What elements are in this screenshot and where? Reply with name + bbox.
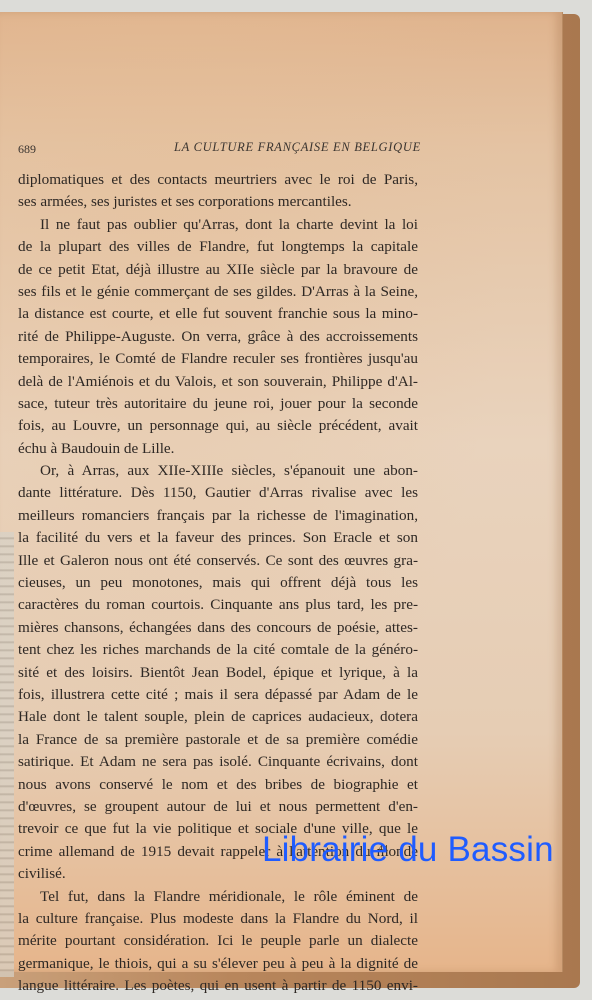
text-line: meilleurs romanciers français par la ric…	[18, 505, 418, 527]
text-line: delà de l'Amiénois et du Valois, et son …	[18, 371, 418, 393]
text-line: Ille et Galeron nous ont été conservés. …	[18, 550, 418, 572]
text-line: dante littérature. Dès 1150, Gautier d'A…	[18, 482, 418, 504]
text-line: mérite pourtant considération. Ici le pe…	[18, 930, 418, 952]
text-line: caractères du roman courtois. Cinquante …	[18, 594, 418, 616]
text-line: germanique, le thiois, qui a su s'élever…	[18, 953, 418, 975]
facing-page-edge	[0, 532, 14, 977]
text-line: de la plupart des villes de Flandre, fut…	[18, 236, 418, 258]
text-line: cieuses, un peu monotones, mais qui offr…	[18, 572, 418, 594]
text-line: diplomatiques et des contacts meurtriers…	[18, 169, 418, 191]
text-line: de ce petit Etat, déjà illustre au XIIe …	[18, 259, 418, 281]
text-line: rité de Philippe-Auguste. On verra, grâc…	[18, 326, 418, 348]
text-line: la facilité du vers et la faveur des pri…	[18, 527, 418, 549]
paragraph-2: Il ne faut pas oublier qu'Arras, dont la…	[18, 214, 418, 460]
text-line: fois, au Louvre, un personnage qui, au s…	[18, 415, 418, 437]
text-line: la France de sa première pastorale et de…	[18, 729, 418, 751]
body-text: diplomatiques et des contacts meurtriers…	[18, 169, 418, 997]
text-line: ses fils et le génie commerçant de ses g…	[18, 281, 418, 303]
text-line: Tel fut, dans la Flandre méridionale, le…	[18, 886, 418, 908]
text-line: ses armées, ses juristes et ses corporat…	[18, 191, 418, 213]
text-line: langue littéraire. Les poètes, qui en us…	[18, 975, 418, 997]
text-line: la culture française. Plus modeste dans …	[18, 908, 418, 930]
paragraph-1: diplomatiques et des contacts meurtriers…	[18, 169, 418, 214]
watermark: Librairie du Bassin	[262, 830, 554, 870]
text-line: satirique. Et Adam ne sera pas isolé. Ci…	[18, 751, 418, 773]
text-line: Il ne faut pas oublier qu'Arras, dont la…	[18, 214, 418, 236]
text-line: temporaires, le Comté de Flandre reculer…	[18, 348, 418, 370]
text-line: sace, tuteur très autoritaire du jeune r…	[18, 393, 418, 415]
text-line: Or, à Arras, aux XIIe-XIIIe siècles, s'é…	[18, 460, 418, 482]
text-line: fois, illustrera cette cité ; mais il se…	[18, 684, 418, 706]
book-page: 689 LA CULTURE FRANÇAISE EN BELGIQUE dip…	[0, 12, 563, 972]
text-line: mières chansons, échangées dans des conc…	[18, 617, 418, 639]
running-head: LA CULTURE FRANÇAISE EN BELGIQUE	[174, 140, 421, 155]
text-line: d'œuvres, se groupent autour de lui et n…	[18, 796, 418, 818]
text-line: Hale dont le talent souple, plein de cap…	[18, 706, 418, 728]
text-line: la distance est courte, et elle fut souv…	[18, 303, 418, 325]
text-line: sité et des loisirs. Bientôt Jean Bodel,…	[18, 662, 418, 684]
text-line: tent chez les riches marchands de la cit…	[18, 639, 418, 661]
text-line: échu à Baudouin de Lille.	[18, 438, 418, 460]
text-line: nous avons conservé le nom et des bribes…	[18, 774, 418, 796]
paragraph-4: Tel fut, dans la Flandre méridionale, le…	[18, 886, 418, 998]
paragraph-3: Or, à Arras, aux XIIe-XIIIe siècles, s'é…	[18, 460, 418, 885]
page-header: 689 LA CULTURE FRANÇAISE EN BELGIQUE	[18, 140, 418, 158]
page-number: 689	[18, 142, 36, 157]
